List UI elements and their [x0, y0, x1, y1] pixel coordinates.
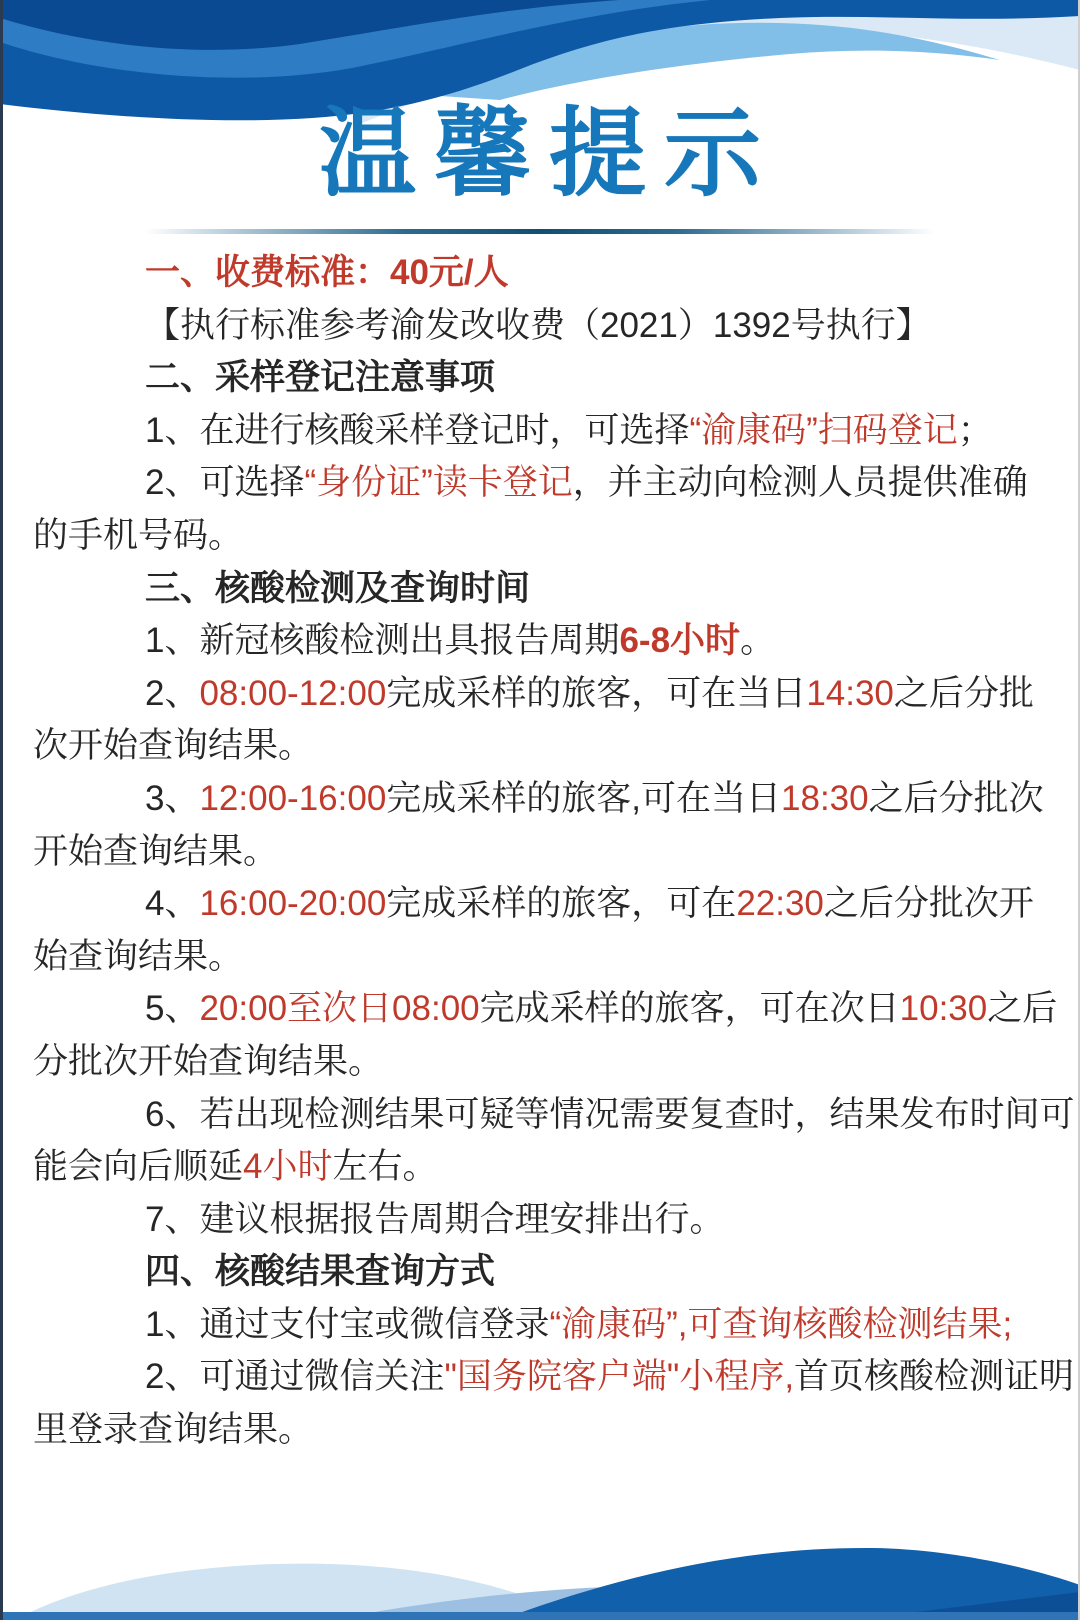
text-segment: 3、: [145, 779, 199, 818]
text-segment: 20:00至次日08:00: [199, 989, 479, 1028]
title-divider-line: [145, 229, 935, 234]
section-3-item-3: 3、12:00-16:00完成采样的旅客,可在当日18:30之后分批次: [33, 773, 1020, 826]
text-segment: 完成采样的旅客,可在当日: [386, 779, 781, 818]
section-4-heading: 四、核酸结果查询方式: [33, 1246, 1020, 1299]
section-3-item-5: 5、20:00至次日08:00完成采样的旅客，可在次日10:30之后: [33, 983, 1020, 1036]
text-segment: 的手机号码。: [33, 516, 243, 555]
text-segment: 7、建议根据报告周期合理安排出行。: [145, 1200, 724, 1239]
section-2-heading: 二、采样登记注意事项: [33, 352, 1020, 405]
section-3-item-1: 1、新冠核酸检测出具报告周期6-8小时。: [33, 615, 1020, 668]
text-segment: 6、若出现检测结果可疑等情况需要复查时，结果发布时间可: [145, 1095, 1074, 1134]
section-3-item-6-continuation: 能会向后顺延4小时左右。: [33, 1141, 1020, 1194]
section-3-item-2-continuation: 次开始查询结果。: [33, 720, 1020, 773]
text-segment: 16:00-20:00: [199, 884, 386, 923]
section-3-item-2: 2、08:00-12:00完成采样的旅客，可在当日14:30之后分批: [33, 668, 1020, 721]
bottom-wave-decoration: [0, 1520, 1080, 1620]
text-segment: 2、: [145, 674, 199, 713]
text-segment: 始查询结果。: [33, 937, 243, 976]
text-segment: 里登录查询结果。: [33, 1410, 313, 1449]
text-segment: 5、: [145, 989, 199, 1028]
text-segment: 之后分批: [894, 674, 1034, 713]
text-segment: 次开始查询结果。: [33, 726, 313, 765]
text-segment: 1、新冠核酸检测出具报告周期: [145, 621, 619, 660]
text-segment: 完成采样的旅客，可在: [386, 884, 736, 923]
section-4-item-2-continuation: 里登录查询结果。: [33, 1404, 1020, 1457]
text-segment: ，并主动向检测人员提供准确: [573, 463, 1028, 502]
text-segment: 首页核酸检测证明: [794, 1357, 1074, 1396]
text-segment: 1、在进行核酸采样登记时，可选择: [145, 411, 689, 450]
fee-reference-line: 【执行标准参考渝发改收费（2021）1392号执行】: [33, 300, 1020, 353]
text-segment: 08:00-12:00: [199, 674, 386, 713]
notice-poster: 温馨提示 一、收费标准：40元/人【执行标准参考渝发改收费（2021）1392号…: [0, 0, 1080, 1620]
page-title: 温馨提示: [0, 96, 1080, 211]
section-3-item-6: 6、若出现检测结果可疑等情况需要复查时，结果发布时间可: [33, 1089, 1020, 1142]
text-segment: 左右。: [332, 1147, 437, 1186]
text-segment: 4、: [145, 884, 199, 923]
text-segment: 二、采样登记注意事项: [145, 358, 495, 397]
text-segment: 2、可通过微信关注: [145, 1357, 444, 1396]
section-2-item-2-continuation: 的手机号码。: [33, 510, 1020, 563]
text-segment: 分批次开始查询结果。: [33, 1042, 383, 1081]
text-segment: ；: [958, 411, 993, 450]
text-segment: 三、核酸检测及查询时间: [145, 569, 530, 608]
text-segment: 10:30: [900, 989, 988, 1028]
section-2-item-1: 1、在进行核酸采样登记时，可选择“渝康码”扫码登记；: [33, 405, 1020, 458]
text-segment: “渝康码”,可查询核酸检测结果;: [549, 1305, 1012, 1344]
text-segment: 4小时: [243, 1147, 332, 1186]
section-4-item-1: 1、通过支付宝或微信登录“渝康码”,可查询核酸检测结果;: [33, 1299, 1020, 1352]
text-segment: 四、核酸结果查询方式: [145, 1252, 495, 1291]
notice-body: 一、收费标准：40元/人【执行标准参考渝发改收费（2021）1392号执行】二、…: [33, 247, 1020, 1457]
text-segment: 之后分批次开: [824, 884, 1034, 923]
section-2-item-2: 2、可选择“身份证”读卡登记，并主动向检测人员提供准确: [33, 457, 1020, 510]
text-segment: 2、可选择: [145, 463, 304, 502]
section-3-item-5-continuation: 分批次开始查询结果。: [33, 1036, 1020, 1089]
section-3-item-4: 4、16:00-20:00完成采样的旅客，可在22:30之后分批次开: [33, 878, 1020, 931]
text-segment: "国务院客户端"小程序,: [444, 1357, 794, 1396]
text-segment: 【执行标准参考渝发改收费（2021）1392号执行】: [145, 306, 931, 345]
text-segment: 能会向后顺延: [33, 1147, 243, 1186]
text-segment: 22:30: [736, 884, 824, 923]
section-4-item-2: 2、可通过微信关注"国务院客户端"小程序,首页核酸检测证明: [33, 1351, 1020, 1404]
text-segment: 一、收费标准：40元/人: [145, 253, 509, 292]
section-3-item-4-continuation: 始查询结果。: [33, 931, 1020, 984]
text-segment: 18:30: [781, 779, 869, 818]
text-segment: 之后分批次: [869, 779, 1044, 818]
text-segment: “渝康码”扫码登记: [689, 411, 957, 450]
text-segment: 之后: [987, 989, 1057, 1028]
section-3-item-3-continuation: 开始查询结果。: [33, 826, 1020, 879]
text-segment: 14:30: [806, 674, 894, 713]
text-segment: 完成采样的旅客，可在当日: [386, 674, 806, 713]
text-segment: 。: [740, 621, 775, 660]
text-segment: 完成采样的旅客，可在次日: [480, 989, 900, 1028]
text-segment: “身份证”读卡登记: [304, 463, 572, 502]
section-3-item-7: 7、建议根据报告周期合理安排出行。: [33, 1194, 1020, 1247]
text-segment: 开始查询结果。: [33, 832, 278, 871]
left-border-line: [0, 0, 3, 1620]
text-segment: 1、通过支付宝或微信登录: [145, 1305, 549, 1344]
section-3-heading: 三、核酸检测及查询时间: [33, 563, 1020, 616]
fee-standard-heading: 一、收费标准：40元/人: [33, 247, 1020, 300]
text-segment: 6-8小时: [619, 621, 740, 660]
text-segment: 12:00-16:00: [199, 779, 386, 818]
